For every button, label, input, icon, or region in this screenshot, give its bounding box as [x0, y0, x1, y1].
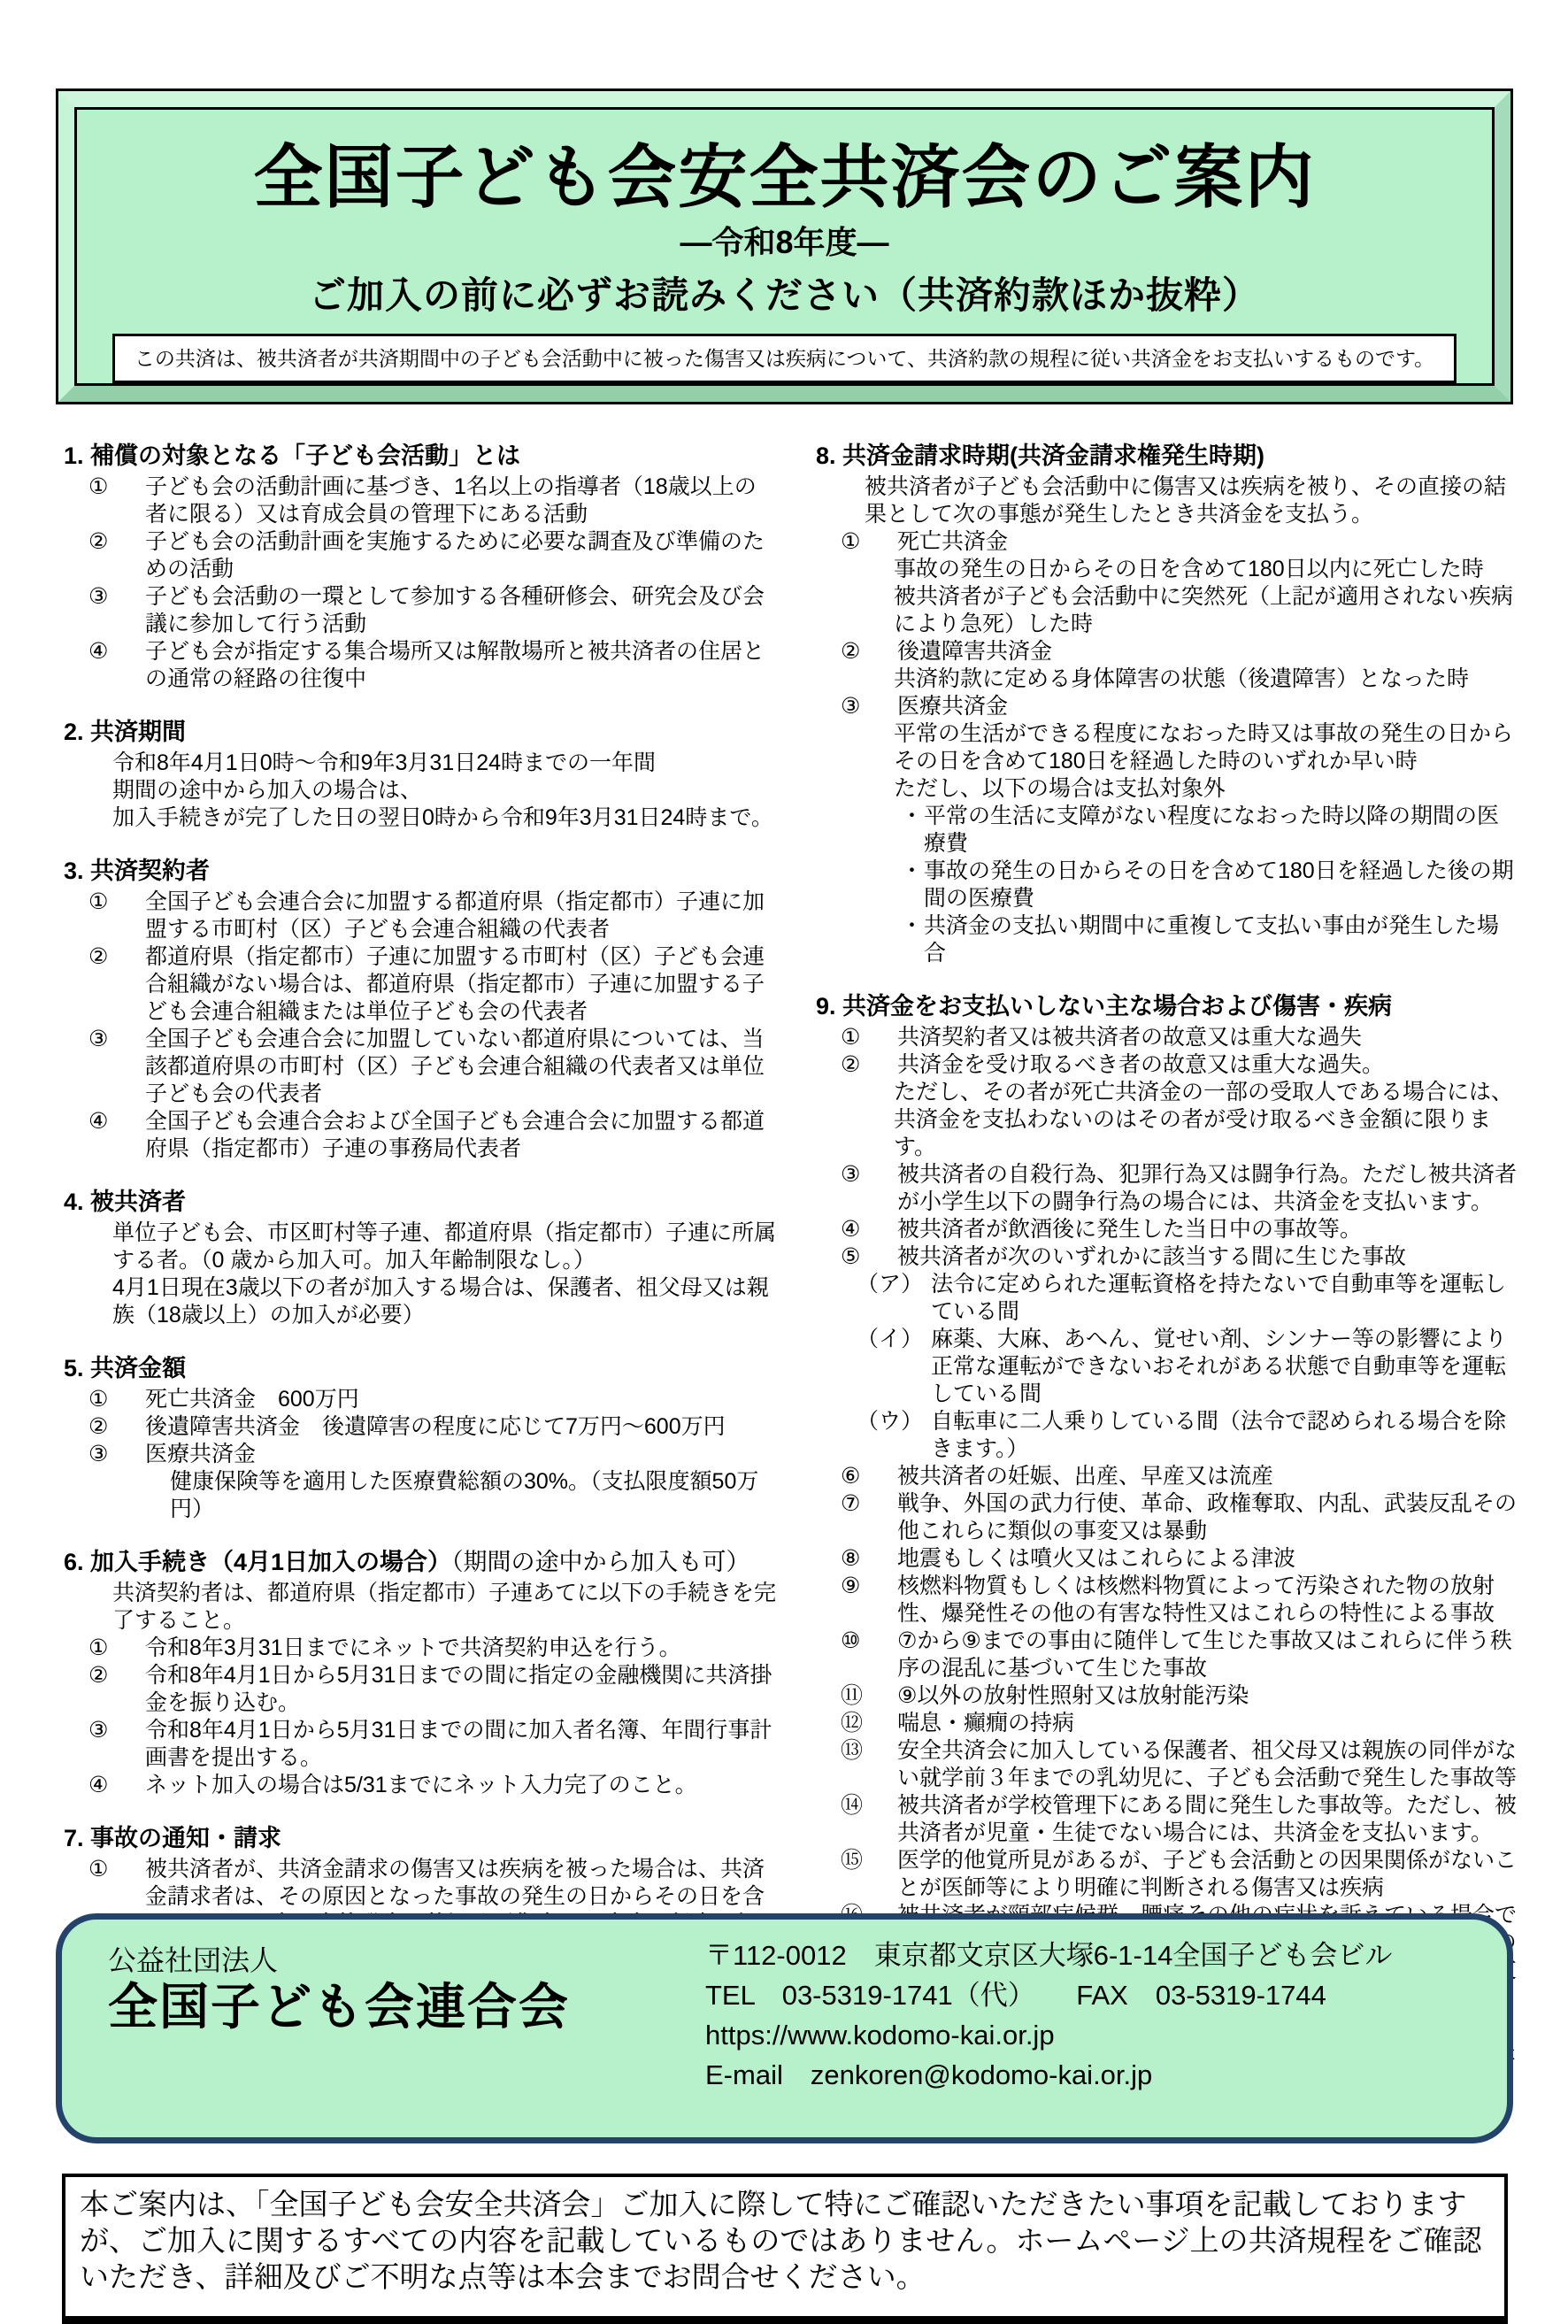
- line-marker: ①: [88, 473, 145, 528]
- line-text: 安全共済会に加入している保護者、祖父母又は親族の同伴がない就学前３年までの乳幼児…: [897, 1737, 1518, 1792]
- header-plaque: 全国子ども会安全共済会のご案内 ―令和8年度― ご加入の前に必ずお読みください（…: [56, 88, 1513, 404]
- section-line: ②共済金を受け取るべき者の故意又は重大な過失。: [816, 1051, 1518, 1079]
- section-line: 共済契約者は、都道府県（指定都市）子連あてに以下の手続きを完了すること。: [64, 1580, 777, 1635]
- line-marker: ③: [88, 583, 145, 638]
- line-text: ⑨以外の放射性照射又は放射能汚染: [897, 1682, 1249, 1710]
- section-line: ・平常の生活に支障がない程度になおった時以降の期間の医療費: [816, 803, 1518, 858]
- section-line: 平常の生活ができる程度になおった時又は事故の発生の日からその日を含めて180日を…: [816, 720, 1518, 775]
- section: 8. 共済金請求時期(共済金請求権発生時期)被共済者が子ども会活動中に傷害又は疾…: [816, 441, 1518, 967]
- line-text: 事故の発生の日からその日を含めて180日を経過した後の期間の医療費: [924, 858, 1518, 912]
- line-text: 令和8年4月1日から5月31日までの間に指定の金融機関に共済掛金を振り込む。: [145, 1662, 777, 1717]
- section-heading-text: 1. 補償の対象となる「子ども会活動」とは: [64, 442, 520, 469]
- org-url: https://www.kodomo-kai.or.jp: [705, 2015, 1392, 2055]
- line-text: 共済金を受け取るべき者の故意又は重大な過失。: [897, 1051, 1384, 1079]
- line-text: 被共済者が次のいずれかに該当する間に生じた事故: [897, 1243, 1406, 1271]
- line-text: 子ども会活動の一環として参加する各種研修会、研究会及び会議に参加して行う活動: [145, 583, 777, 638]
- line-text: 医療共済金: [145, 1441, 256, 1468]
- line-marker: ⑫: [841, 1710, 897, 1737]
- line-text: ネット加入の場合は5/31までにネット入力完了のこと。: [145, 1772, 697, 1799]
- section-line: （イ）麻薬、大麻、あへん、覚せい剤、シンナー等の影響により正常な運転ができないお…: [816, 1326, 1518, 1408]
- section-line: ①死亡共済金 600万円: [64, 1386, 777, 1413]
- line-text: 令和8年3月31日までにネットで共済契約申込を行う。: [145, 1635, 681, 1662]
- org-address: 〒112-0012 東京都文京区大塚6-1-14全国子ども会ビル: [705, 1935, 1392, 1975]
- line-marker: ⑮: [841, 1847, 897, 1902]
- section-line: ③医療共済金: [816, 693, 1518, 720]
- section: 5. 共済金額①死亡共済金 600万円②後遺障害共済金 後遺障害の程度に応じて7…: [64, 1353, 777, 1523]
- line-text: 被共済者の自殺行為、犯罪行為又は闘争行為。ただし被共済者が小学生以下の闘争行為の…: [897, 1161, 1518, 1216]
- section-line: ②後遺障害共済金 後遺障害の程度に応じて7万円～600万円: [64, 1413, 777, 1441]
- line-text: 平常の生活に支障がない程度になおった時以降の期間の医療費: [924, 803, 1518, 858]
- section-line: ただし、以下の場合は支払対象外: [816, 775, 1518, 803]
- section-line: （ア）法令に定められた運転資格を持たないで自動車等を運転している間: [816, 1271, 1518, 1326]
- section-line: ⑪⑨以外の放射性照射又は放射能汚染: [816, 1682, 1518, 1710]
- line-marker: （イ）: [857, 1326, 931, 1408]
- line-text: 全国子ども会連合会に加盟する都道府県（指定都市）子連に加盟する市町村（区）子ども…: [145, 889, 777, 943]
- line-text: 被共済者が飲酒後に発生した当日中の事故等。: [897, 1216, 1362, 1243]
- section-line: ⑦戦争、外国の武力行使、革命、政権奪取、内乱、武装反乱その他これらに類似の事変又…: [816, 1490, 1518, 1545]
- line-text: 共済契約者又は被共済者の故意又は重大な過失: [897, 1024, 1362, 1051]
- section-line: ④全国子ども会連合会および全国子ども会連合会に加盟する都道府県（指定都市）子連の…: [64, 1108, 777, 1163]
- line-marker: ⑦: [841, 1490, 897, 1545]
- line-marker: ①: [841, 1024, 897, 1051]
- section-line: ・共済金の支払い期間中に重複して支払い事由が発生した場合: [816, 912, 1518, 967]
- section-heading: 5. 共済金額: [64, 1353, 777, 1383]
- line-marker: ③: [841, 693, 897, 720]
- line-text: ⑦から⑨までの事由に随伴して生じた事故又はこれらに伴う秩序の混乱に基づいて生じた…: [897, 1628, 1518, 1682]
- plaque-content: 全国子ども会安全共済会のご案内 ―令和8年度― ご加入の前に必ずお読みください（…: [74, 107, 1495, 386]
- line-marker: ③: [88, 1026, 145, 1108]
- section-heading-text: 4. 被共済者: [64, 1189, 186, 1215]
- line-marker: ②: [841, 638, 897, 666]
- line-text: 核燃料物質もしくは核燃料物質によって汚染された物の放射性、爆発性その他の有害な特…: [897, 1573, 1518, 1628]
- line-text: 子ども会の活動計画を実施するために必要な調査及び準備のための活動: [145, 528, 777, 583]
- instruction-subtitle: ご加入の前に必ずお読みください（共済約款ほか抜粋）: [77, 266, 1492, 319]
- section: 2. 共済期間令和8年4月1日0時～令和9年3月31日24時までの一年間期間の途…: [64, 717, 777, 832]
- line-text: 自転車に二人乗りしている間（法令で認められる場合を除きます。）: [931, 1408, 1518, 1463]
- line-marker: ①: [88, 1386, 145, 1413]
- section-line: ④子ども会が指定する集合場所又は解散場所と被共済者の住居との通常の経路の往復中: [64, 638, 777, 693]
- section-heading-text: 8. 共済金請求時期(共済金請求権発生時期): [816, 442, 1264, 469]
- line-text: 後遺障害共済金 後遺障害の程度に応じて7万円～600万円: [145, 1413, 726, 1441]
- line-text: 都道府県（指定都市）子連に加盟する市町村（区）子ども会連合組織がない場合は、都道…: [145, 943, 777, 1026]
- line-marker: ②: [88, 1662, 145, 1717]
- line-text: 地震もしくは噴火又はこれらによる津波: [897, 1545, 1295, 1573]
- section-line: ②都道府県（指定都市）子連に加盟する市町村（区）子ども会連合組織がない場合は、都…: [64, 943, 777, 1026]
- section-line: ②令和8年4月1日から5月31日までの間に指定の金融機関に共済掛金を振り込む。: [64, 1662, 777, 1717]
- line-marker: ③: [88, 1441, 145, 1468]
- section-heading-text: 3. 共済契約者: [64, 858, 210, 884]
- line-marker: ⑤: [841, 1243, 897, 1271]
- section-heading: 8. 共済金請求時期(共済金請求権発生時期): [816, 441, 1518, 471]
- line-marker: ⑩: [841, 1628, 897, 1682]
- line-marker: ③: [88, 1717, 145, 1772]
- section-line: 共済約款に定める身体障害の状態（後遺障害）となった時: [816, 666, 1518, 693]
- section-line: 加入手続きが完了した日の翌日0時から令和9年3月31日24時まで。: [64, 804, 777, 832]
- right-column: 8. 共済金請求時期(共済金請求権発生時期)被共済者が子ども会活動中に傷害又は疾…: [816, 441, 1518, 2118]
- era-subtitle: ―令和8年度―: [77, 218, 1492, 263]
- section-line: ③被共済者の自殺行為、犯罪行為又は闘争行為。ただし被共済者が小学生以下の闘争行為…: [816, 1161, 1518, 1216]
- section-heading-text: 2. 共済期間: [64, 719, 186, 745]
- section-line: （ウ）自転車に二人乗りしている間（法令で認められる場合を除きます。）: [816, 1408, 1518, 1463]
- line-text: 被共済者の妊娠、出産、早産又は流産: [897, 1463, 1273, 1490]
- line-marker: ④: [88, 1108, 145, 1163]
- line-marker: ④: [88, 638, 145, 693]
- section-line: ④ネット加入の場合は5/31までにネット入力完了のこと。: [64, 1772, 777, 1799]
- line-text: 医学的他覚所見があるが、子ども会活動との因果関係がないことが医師等により明確に判…: [897, 1847, 1518, 1902]
- section-heading: 9. 共済金をお支払いしない主な場合および傷害・疾病: [816, 991, 1518, 1021]
- section-line: ①全国子ども会連合会に加盟する都道府県（指定都市）子連に加盟する市町村（区）子ど…: [64, 889, 777, 943]
- section-line: 4月1日現在3歳以下の者が加入する場合は、保護者、祖父母又は親族（18歳以上）の…: [64, 1274, 777, 1329]
- line-text: 子ども会が指定する集合場所又は解散場所と被共済者の住居との通常の経路の往復中: [145, 638, 777, 693]
- section: 3. 共済契約者①全国子ども会連合会に加盟する都道府県（指定都市）子連に加盟する…: [64, 856, 777, 1163]
- line-marker: （ウ）: [857, 1408, 931, 1463]
- line-text: 死亡共済金 600万円: [145, 1386, 359, 1413]
- line-marker: ②: [841, 1051, 897, 1079]
- section-heading: 7. 事故の通知・請求: [64, 1823, 777, 1853]
- section-line: ⑧地震もしくは噴火又はこれらによる津波: [816, 1545, 1518, 1573]
- section-heading-text: 6. 加入手続き（4月1日加入の場合）: [64, 1549, 451, 1575]
- section: 6. 加入手続き（4月1日加入の場合）（期間の途中から加入も可）共済契約者は、都…: [64, 1547, 777, 1799]
- section-line: ただし、その者が死亡共済金の一部の受取人である場合には、共済金を支払わないのはそ…: [816, 1079, 1518, 1161]
- line-marker: ②: [88, 1413, 145, 1441]
- line-text: 麻薬、大麻、あへん、覚せい剤、シンナー等の影響により正常な運転ができないおそれが…: [931, 1326, 1518, 1408]
- line-marker: ①: [841, 528, 897, 556]
- section-heading: 2. 共済期間: [64, 717, 777, 747]
- section-line: 期間の途中から加入の場合は、: [64, 777, 777, 804]
- section-line: ③子ども会活動の一環として参加する各種研修会、研究会及び会議に参加して行う活動: [64, 583, 777, 638]
- page: { "colors": { "plaque_green": "#b6f1cb",…: [0, 0, 1568, 2266]
- line-marker: ②: [88, 943, 145, 1026]
- section-line: ⑭被共済者が学校管理下にある間に発生した事故等。ただし、被共済者が児童・生徒でな…: [816, 1792, 1518, 1847]
- line-marker: ④: [88, 1772, 145, 1799]
- line-marker: ・: [901, 912, 924, 967]
- contact-block: 〒112-0012 東京都文京区大塚6-1-14全国子ども会ビル TEL 03-…: [705, 1935, 1392, 2095]
- section-heading: 1. 補償の対象となる「子ども会活動」とは: [64, 441, 777, 471]
- org-type: 公益社団法人: [108, 1943, 570, 1978]
- section-line: ①死亡共済金: [816, 528, 1518, 556]
- section-heading: 4. 被共済者: [64, 1187, 777, 1217]
- section-line: ⑩⑦から⑨までの事由に随伴して生じた事故又はこれらに伴う秩序の混乱に基づいて生じ…: [816, 1628, 1518, 1682]
- line-text: 全国子ども会連合会に加盟していない都道府県については、当該都道府県の市町村（区）…: [145, 1026, 777, 1108]
- section-heading-text: 5. 共済金額: [64, 1355, 186, 1381]
- line-marker: ⑭: [841, 1792, 897, 1847]
- bottom-notice-text: 本ご案内は、「全国子ども会安全共済会」ご加入に際して特にご確認いただきたい事項を…: [80, 2188, 1482, 2293]
- line-marker: ④: [841, 1216, 897, 1243]
- section-line: ①令和8年3月31日までにネットで共済契約申込を行う。: [64, 1635, 777, 1662]
- section-line: ⑬安全共済会に加入している保護者、祖父母又は親族の同伴がない就学前３年までの乳幼…: [816, 1737, 1518, 1792]
- section-line: 事故の発生の日からその日を含めて180日以内に死亡した時: [816, 556, 1518, 583]
- line-text: 共済金の支払い期間中に重複して支払い事由が発生した場合: [924, 912, 1518, 967]
- section-line: ①子ども会の活動計画に基づき、1名以上の指導者（18歳以上の者に限る）又は育成会…: [64, 473, 777, 528]
- line-text: 死亡共済金: [897, 528, 1008, 556]
- line-text: 喘息・癲癇の持病: [897, 1710, 1074, 1737]
- section-line: 健康保険等を適用した医療費総額の30%。（支払限度額50万円）: [64, 1468, 777, 1523]
- org-tel-fax: TEL 03-5319-1741（代） FAX 03-5319-1744: [705, 1975, 1392, 2015]
- line-marker: ⑪: [841, 1682, 897, 1710]
- section-heading-suffix: （期間の途中から加入も可）: [451, 1549, 750, 1575]
- section-line: 被共済者が子ども会活動中に突然死（上記が適用されない疾病により急死）した時: [816, 583, 1518, 638]
- section-line: ②子ども会の活動計画を実施するために必要な調査及び準備のための活動: [64, 528, 777, 583]
- line-text: 令和8年4月1日から5月31日までの間に加入者名簿、年間行事計画書を提出する。: [145, 1717, 777, 1772]
- line-marker: ①: [88, 1635, 145, 1662]
- bottom-notice-box: 本ご案内は、「全国子ども会安全共済会」ご加入に際して特にご確認いただきたい事項を…: [62, 2174, 1508, 2324]
- section-heading: 6. 加入手続き（4月1日加入の場合）（期間の途中から加入も可）: [64, 1547, 777, 1577]
- line-marker: ⑥: [841, 1463, 897, 1490]
- line-marker: ⑨: [841, 1573, 897, 1628]
- line-marker: （ア）: [857, 1271, 931, 1326]
- footer-org-box: 公益社団法人 全国子ども会連合会 〒112-0012 東京都文京区大塚6-1-1…: [56, 1913, 1513, 2143]
- section-line: ③医療共済金: [64, 1441, 777, 1468]
- org-block: 公益社団法人 全国子ども会連合会: [108, 1943, 570, 2036]
- section-line: ⑫喘息・癲癇の持病: [816, 1710, 1518, 1737]
- line-marker: ③: [841, 1161, 897, 1216]
- section-line: ③全国子ども会連合会に加盟していない都道府県については、当該都道府県の市町村（区…: [64, 1026, 777, 1108]
- org-name: 全国子ども会連合会: [108, 1978, 570, 2036]
- section-line: ①共済契約者又は被共済者の故意又は重大な過失: [816, 1024, 1518, 1051]
- section-line: 単位子ども会、市区町村等子連、都道府県（指定都市）子連に所属する者。（0 歳から…: [64, 1220, 777, 1274]
- line-text: 後遺障害共済金: [897, 638, 1052, 666]
- section-line: ⑥被共済者の妊娠、出産、早産又は流産: [816, 1463, 1518, 1490]
- org-email: E-mail zenkoren@kodomo-kai.or.jp: [705, 2055, 1392, 2095]
- section-line: ⑮医学的他覚所見があるが、子ども会活動との因果関係がないことが医師等により明確に…: [816, 1847, 1518, 1902]
- line-text: 戦争、外国の武力行使、革命、政権奪取、内乱、武装反乱その他これらに類似の事変又は…: [897, 1490, 1518, 1545]
- line-text: 子ども会の活動計画に基づき、1名以上の指導者（18歳以上の者に限る）又は育成会員…: [145, 473, 777, 528]
- line-text: 全国子ども会連合会および全国子ども会連合会に加盟する都道府県（指定都市）子連の事…: [145, 1108, 777, 1163]
- line-marker: ②: [88, 528, 145, 583]
- line-text: 医療共済金: [897, 693, 1008, 720]
- section-line: 被共済者が子ども会活動中に傷害又は疾病を被り、その直接の結果として次の事態が発生…: [816, 473, 1518, 528]
- line-marker: ・: [901, 803, 924, 858]
- line-marker: ⑬: [841, 1737, 897, 1792]
- summary-note: この共済は、被共済者が共済期間中の子ども会活動中に被った傷害又は疾病について、共…: [112, 334, 1457, 383]
- section: 4. 被共済者単位子ども会、市区町村等子連、都道府県（指定都市）子連に所属する者…: [64, 1187, 777, 1329]
- section-line: 令和8年4月1日0時～令和9年3月31日24時までの一年間: [64, 750, 777, 777]
- section-line: ③令和8年4月1日から5月31日までの間に加入者名簿、年間行事計画書を提出する。: [64, 1717, 777, 1772]
- section: 1. 補償の対象となる「子ども会活動」とは①子ども会の活動計画に基づき、1名以上…: [64, 441, 777, 693]
- section-line: ②後遺障害共済金: [816, 638, 1518, 666]
- section-line: ⑨核燃料物質もしくは核燃料物質によって汚染された物の放射性、爆発性その他の有害な…: [816, 1573, 1518, 1628]
- section-line: ④被共済者が飲酒後に発生した当日中の事故等。: [816, 1216, 1518, 1243]
- line-marker: ⑧: [841, 1545, 897, 1573]
- section-heading: 3. 共済契約者: [64, 856, 777, 886]
- page-title: 全国子ども会安全共済会のご案内: [77, 142, 1492, 214]
- line-text: 被共済者が学校管理下にある間に発生した事故等。ただし、被共済者が児童・生徒でない…: [897, 1792, 1518, 1847]
- left-column: 1. 補償の対象となる「子ども会活動」とは①子ども会の活動計画に基づき、1名以上…: [64, 441, 777, 2044]
- section-heading-text: 9. 共済金をお支払いしない主な場合および傷害・疾病: [816, 993, 1392, 1020]
- section-line: ・事故の発生の日からその日を含めて180日を経過した後の期間の医療費: [816, 858, 1518, 912]
- line-marker: ・: [901, 858, 924, 912]
- line-marker: ①: [88, 889, 145, 943]
- section-heading-text: 7. 事故の通知・請求: [64, 1825, 281, 1851]
- section-line: ⑤被共済者が次のいずれかに該当する間に生じた事故: [816, 1243, 1518, 1271]
- line-text: 法令に定められた運転資格を持たないで自動車等を運転している間: [931, 1271, 1518, 1326]
